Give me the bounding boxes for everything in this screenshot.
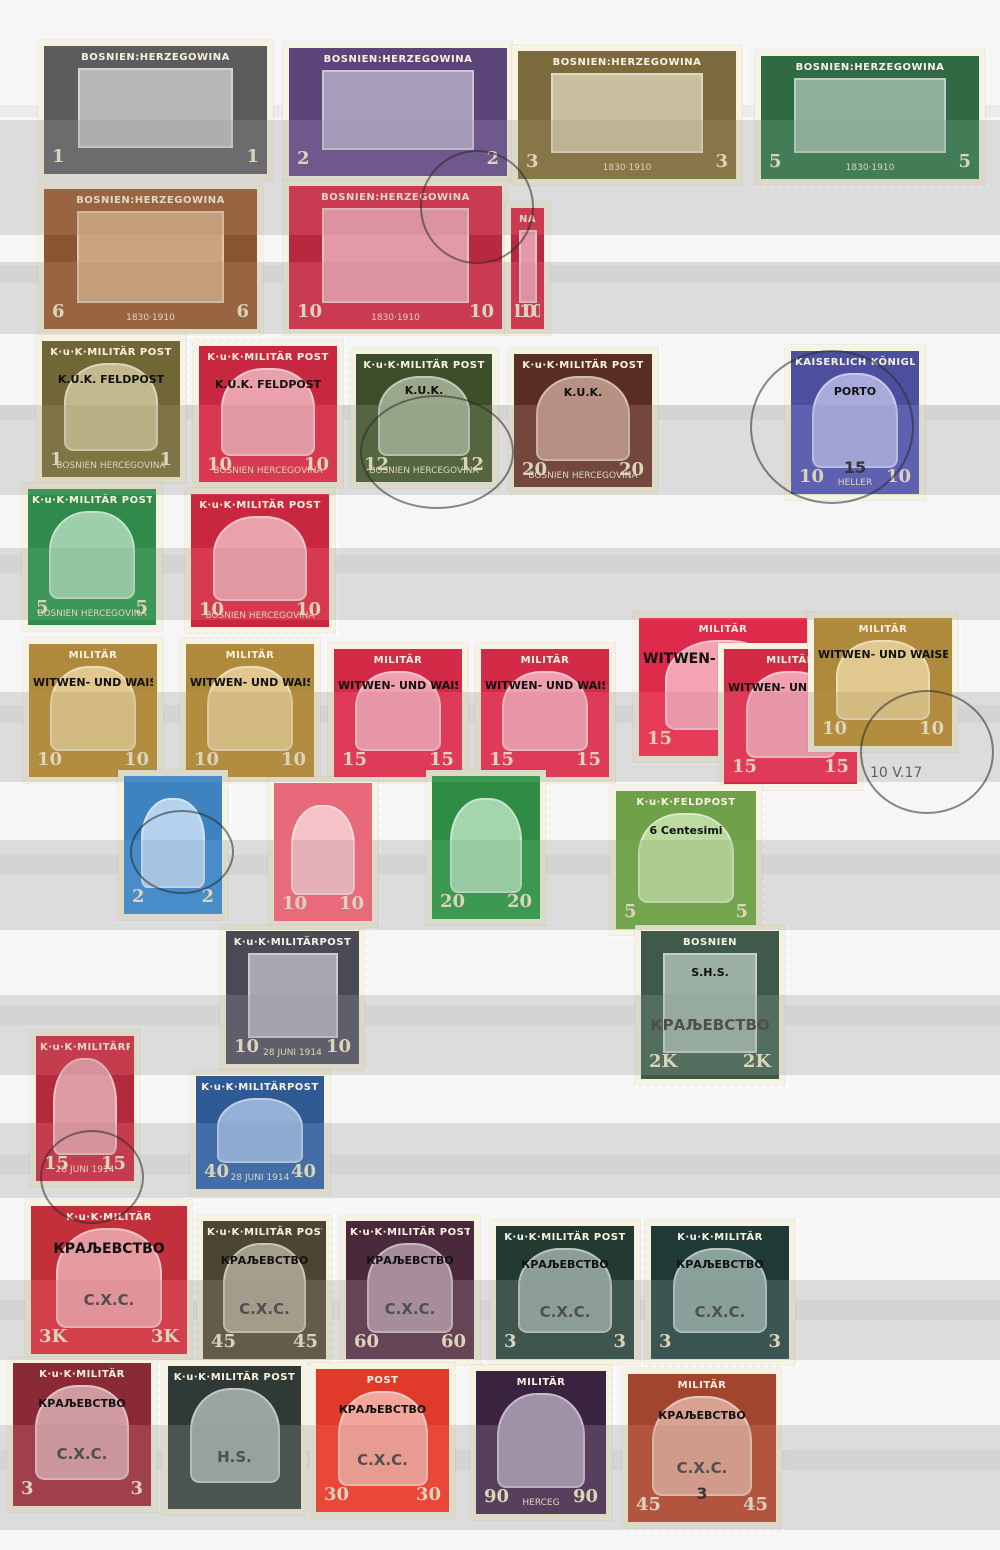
stamp-footer: 1830·1910 bbox=[522, 163, 732, 173]
stamp-overprint: K.U.K. bbox=[518, 386, 648, 399]
stamp-frame: K·u·K·MILITÄR POSTКРАЉЕВСТВОС.Х.С.33 bbox=[496, 1226, 634, 1359]
stamp-header: K·u·K·MILITÄR bbox=[17, 1367, 147, 1383]
stamp-overprint: КРАЉЕВСТВО bbox=[500, 1258, 630, 1271]
stamp-header: K·u·K·MILITÄR POST bbox=[207, 1225, 322, 1241]
stamp-vignette bbox=[248, 953, 338, 1038]
stamp-header: K·u·K·MILITÄR POST bbox=[32, 493, 152, 509]
stamp-header: MILITÄR bbox=[643, 622, 803, 638]
stamp-frame: POSTКРАЉЕВСТВОС.Х.С.3030 bbox=[316, 1369, 449, 1512]
stamp-overprint: K.U.K. bbox=[360, 384, 488, 397]
stamp-header bbox=[436, 780, 536, 796]
stamp-frame: BOSNIEN:HERZEGOWINA551830·1910 bbox=[761, 56, 979, 179]
stamp-value: 60 bbox=[354, 1332, 379, 1352]
stamp-header: MILITÄR bbox=[632, 1378, 772, 1394]
stamp-value: 10 bbox=[281, 750, 306, 770]
stamp-header: K·u·K·MILITÄR POST bbox=[46, 345, 176, 361]
stamp-frame: BOSNIEN:HERZEGOWINA661830·1910 bbox=[44, 189, 257, 329]
stamp-overprint: K.U.K. FELDPOST bbox=[203, 378, 333, 391]
album-strip bbox=[0, 1005, 1000, 1025]
stamp-overprint: WITWEN- UND WAISENWOCHE 1917 bbox=[818, 648, 948, 661]
stamp-header: K·u·K·MILITÄR POST bbox=[172, 1370, 297, 1386]
stamp-overprint: КРАЉЕВСТВО bbox=[17, 1397, 147, 1410]
stamp-header: MILITÄR bbox=[33, 648, 153, 664]
stamp-value: 15 bbox=[489, 750, 514, 770]
stamp-country: HERCEG bbox=[480, 1498, 602, 1508]
stamp-header: BOSNIEN:HERZEGOWINA bbox=[765, 60, 975, 76]
stamp-value: 45 bbox=[211, 1332, 236, 1352]
stamp: K·u·K·MILITÄR POSTКРАЉЕВСТВОС.Х.С.6060 bbox=[340, 1215, 480, 1365]
stamp-value: 3 bbox=[768, 1332, 781, 1352]
stamp-value: 5 bbox=[624, 902, 637, 922]
stamp-overprint: WITWEN- UND WAISENWOCHE 1917 bbox=[485, 679, 605, 692]
stamp-header: MILITÄR bbox=[338, 653, 458, 669]
stamp-header: BOSNIEN:HERZEGOWINA bbox=[522, 55, 732, 71]
stamp-frame: K·u·K·MILITÄRPOST101028 JUNI 1914 bbox=[226, 931, 359, 1064]
stamp: BOSNIENS.H.S.КРАЉЕВСТВО2K2K bbox=[635, 925, 785, 1085]
stamp-vignette bbox=[450, 798, 522, 893]
stamp-frame: BOSNIENS.H.S.КРАЉЕВСТВО2K2K bbox=[641, 931, 779, 1079]
stamp-overprint: WITWEN- UND WAISENWOCHE 1917 bbox=[190, 676, 310, 689]
stamp-value: 2 bbox=[486, 149, 499, 169]
stamp-header: MILITÄR bbox=[190, 648, 310, 664]
stamp-header: K·u·K·MILITÄR POST bbox=[350, 1225, 470, 1241]
stamp: BOSNIEN:HERZEGOWINA10101830·1910 bbox=[283, 180, 508, 335]
stamp: BOSNIEN:HERZEGOWINA22 bbox=[283, 42, 513, 182]
stamp-vignette bbox=[190, 1388, 280, 1483]
stamp-frame: K·u·K·MILITÄR POSTH.S. bbox=[168, 1366, 301, 1509]
stamp-value: 2K bbox=[743, 1052, 771, 1072]
stamp-frame: K·u·K·MILITÄR POSTK.U.K. FELDPOST11BOSNI… bbox=[42, 341, 180, 477]
stamp-overprint-secondary: С.Х.С. bbox=[17, 1445, 147, 1463]
stamp-value: 60 bbox=[441, 1332, 466, 1352]
stamp-value: 10 bbox=[822, 719, 847, 739]
stamp-value: 15 bbox=[824, 757, 849, 777]
stamp-overprint: КРАЉЕВСТВО bbox=[655, 1258, 785, 1271]
postmark-date: 10 V.17 bbox=[870, 765, 922, 781]
stamp-frame: K·u·K·MILITÄR POST1010BOSNIEN HERCEGOVIN… bbox=[191, 494, 329, 627]
stamp-overprint: WITWEN- UND WAISENWOCHE 1917 bbox=[33, 676, 153, 689]
stamp-header: K·u·K·MILITÄRPOST bbox=[40, 1040, 130, 1056]
stamp-vignette bbox=[322, 208, 470, 303]
stamp-country: BOSNIEN HERCEGOVINA bbox=[518, 471, 648, 481]
stamp-header: K·u·K·FELDPOST bbox=[620, 795, 752, 811]
stamp: MILITÄRWITWEN- UND WAISENWOCHE 19171010 bbox=[180, 638, 320, 783]
stamp-header: MILITÄR bbox=[485, 653, 605, 669]
stamp-frame: MILITÄRWITWEN- UND WAISENWOCHE 19171010 bbox=[814, 618, 952, 746]
stamp-overprint: КРАЉЕВСТВО bbox=[35, 1241, 183, 1257]
album-strip bbox=[0, 1155, 1000, 1175]
stamp-overprint-secondary: H.S. bbox=[172, 1448, 297, 1466]
stamp-frame: K·u·K·MILITÄRКРАЉЕВСТВОС.Х.С.3K3K bbox=[31, 1206, 187, 1354]
stamp-header: K·u·K·MILITÄR bbox=[655, 1230, 785, 1246]
stamp: K·u·K·MILITÄR POSTK.U.K. FELDPOST1010BOS… bbox=[193, 340, 343, 488]
stamp-header: BOSNIEN:HERZEGOWINA bbox=[293, 52, 503, 68]
stamp-header: NA bbox=[515, 212, 540, 228]
stamp-value: 2 bbox=[201, 887, 214, 907]
stamp-vignette bbox=[213, 516, 307, 601]
stamp-frame: K·u·K·MILITÄRPOST151528 JUNI 1914 bbox=[36, 1036, 134, 1181]
stamp-value: 15 bbox=[429, 750, 454, 770]
stamp-value: 10 bbox=[919, 719, 944, 739]
stamp-frame: 2020 bbox=[432, 776, 540, 919]
stamp: K·u·K·MILITÄRPOST101028 JUNI 1914 bbox=[220, 925, 365, 1070]
stamp-frame: NA1010 bbox=[511, 208, 544, 329]
stamp-denomination: HELLER bbox=[795, 478, 915, 488]
stamp-value: 2K bbox=[649, 1052, 677, 1072]
stamp-frame: K·u·K·MILITÄR POST55BOSNIEN HERCEGOVINA bbox=[28, 489, 156, 625]
stamp-header: K·u·K·MILITÄR POST bbox=[360, 358, 488, 374]
stamp-header: K·u·K·MILITÄR POST bbox=[518, 358, 648, 374]
stamp-vignette bbox=[49, 511, 135, 599]
stamp: 1010 bbox=[268, 777, 378, 927]
stamp-overprint-secondary: С.Х.С. bbox=[632, 1459, 772, 1477]
stamp-vignette bbox=[519, 230, 537, 303]
stamp-frame: BOSNIEN:HERZEGOWINA331830·1910 bbox=[518, 51, 736, 179]
stamp-value: 3 bbox=[130, 1479, 143, 1499]
stamp-header: MILITÄR bbox=[818, 622, 948, 638]
stamp: K·u·K·MILITÄR POSTКРАЉЕВСТВОС.Х.С.33 bbox=[490, 1220, 640, 1365]
stamp-frame: K·u·K·MILITÄRКРАЉЕВСТВОС.Х.С.33 bbox=[13, 1363, 151, 1506]
stamp-country: BOSNIEN HERCEGOVINA bbox=[46, 461, 176, 471]
stamp-country: BOSNIEN HERCEGOVINA bbox=[360, 466, 488, 476]
stamp: BOSNIEN:HERZEGOWINA11 bbox=[38, 40, 273, 180]
stamp: K·u·K·MILITÄRPOST151528 JUNI 1914 bbox=[30, 1030, 140, 1187]
stamp: K·u·K·MILITÄR POSTK.U.K. FELDPOST11BOSNI… bbox=[36, 335, 186, 483]
stamp-value: 3 bbox=[21, 1479, 34, 1499]
stamp-frame: MILITÄRКРАЉЕВСТВОС.Х.С.34545 bbox=[628, 1374, 776, 1522]
stamp-overprint-secondary: С.Х.С. bbox=[350, 1300, 470, 1318]
stamp-header: BOSNIEN:HERZEGOWINA bbox=[48, 193, 253, 209]
stamp: BOSNIEN:HERZEGOWINA661830·1910 bbox=[38, 183, 263, 335]
stamp-frame: 1010 bbox=[274, 783, 372, 921]
stamp-overprint: WITWEN- UND WAISENWOCHE 1917 bbox=[338, 679, 458, 692]
stamp: MILITÄRWITWEN- UND WAISENWOCHE 19171515 bbox=[475, 643, 615, 783]
stamp: K·u·K·MILITÄRPOST404028 JUNI 1914 bbox=[190, 1070, 330, 1195]
stamp: NA1010 bbox=[505, 202, 550, 335]
stamp: MILITÄRWITWEN- UND WAISENWOCHE 19171010 bbox=[23, 638, 163, 783]
stamp-vignette bbox=[322, 70, 473, 150]
stamp-value: 30 bbox=[416, 1485, 441, 1505]
stamp-vignette bbox=[78, 68, 233, 148]
stamp-value: 20 bbox=[440, 892, 465, 912]
stamp-header bbox=[128, 780, 218, 796]
stamp: 2020 bbox=[426, 770, 546, 925]
stamp-frame: MILITÄRWITWEN- UND WAISENWOCHE 19171515 bbox=[481, 649, 609, 777]
stamp-footer: 28 JUNI 1914 bbox=[200, 1173, 320, 1183]
stamp-value: 10 bbox=[194, 750, 219, 770]
stamp: MILITÄRКРАЉЕВСТВОС.Х.С.34545 bbox=[622, 1368, 782, 1528]
stamp-frame: K·u·K·MILITÄR POSTK.U.K.1212BOSNIEN HERC… bbox=[356, 354, 492, 482]
stamp-value: 10 bbox=[124, 750, 149, 770]
stamp-value: 3 bbox=[613, 1332, 626, 1352]
stamp-frame: BOSNIEN:HERZEGOWINA11 bbox=[44, 46, 267, 174]
stamp: MILITÄR9090HERCEG bbox=[470, 1365, 612, 1520]
stamp-header: K·u·K·MILITÄR POST bbox=[500, 1230, 630, 1246]
stamp: K·u·K·MILITÄR POSTK.U.K.1212BOSNIEN HERC… bbox=[350, 348, 498, 488]
stamp-frame: KAISERLICH KÖNIGLICH ÖSTERREICHISCHE POS… bbox=[791, 351, 919, 494]
stamp: K·u·K·MILITÄR POSTH.S. bbox=[162, 1360, 307, 1515]
stamp-header: BOSNIEN:HERZEGOWINA bbox=[48, 50, 263, 66]
stamp-frame: BOSNIEN:HERZEGOWINA10101830·1910 bbox=[289, 186, 502, 329]
stamp-frame: MILITÄR9090HERCEG bbox=[476, 1371, 606, 1514]
stamp-frame: BOSNIEN:HERZEGOWINA22 bbox=[289, 48, 507, 176]
stamp-value: 15 bbox=[647, 729, 672, 749]
stamp-value: 15 bbox=[732, 757, 757, 777]
stamp-overprint: PORTO bbox=[795, 385, 915, 398]
stamp-value: 10 bbox=[282, 894, 307, 914]
stamp-header: K·u·K·MILITÄR POST bbox=[203, 350, 333, 366]
stamp: BOSNIEN:HERZEGOWINA551830·1910 bbox=[755, 50, 985, 185]
stamp: K·u·K·MILITÄRКРАЉЕВСТВОС.Х.С.3K3K bbox=[25, 1200, 193, 1360]
stamp-overprint-secondary: С.Х.С. bbox=[655, 1303, 785, 1321]
stamp-value: 3K bbox=[151, 1327, 179, 1347]
stamp-header: K·u·K·MILITÄRPOST bbox=[230, 935, 355, 951]
stamp-header: K·u·K·MILITÄR bbox=[35, 1210, 183, 1226]
stamp-vignette bbox=[794, 78, 945, 153]
stamp-vignette bbox=[291, 805, 356, 895]
stamp-value: 10 bbox=[339, 894, 364, 914]
stamp-value: 2 bbox=[132, 887, 145, 907]
stamp: K·u·K·MILITÄR POSTКРАЉЕВСТВОС.Х.С.4545 bbox=[197, 1215, 332, 1365]
stamp-value: 1 bbox=[52, 147, 65, 167]
stamp-overprint: K.U.K. FELDPOST bbox=[46, 373, 176, 386]
stamp-frame: K·u·K·FELDPOST6 Centesimi55 bbox=[616, 791, 756, 929]
stamp-vignette bbox=[551, 73, 702, 153]
stamp: K·u·K·FELDPOST6 Centesimi55 bbox=[610, 785, 762, 935]
stamp-vignette bbox=[497, 1393, 585, 1488]
stamp-value: 5 bbox=[735, 902, 748, 922]
stamp: K·u·K·MILITÄR POST55BOSNIEN HERCEGOVINA bbox=[22, 483, 162, 631]
stamp: K·u·K·MILITÄR POSTK.U.K.2020BOSNIEN HERC… bbox=[508, 348, 658, 493]
stamp-header: POST bbox=[320, 1373, 445, 1389]
stamp-value: 1 bbox=[246, 147, 259, 167]
stamp: K·u·K·MILITÄRКРАЉЕВСТВОС.Х.С.33 bbox=[7, 1357, 157, 1512]
stamp-header: K·u·K·MILITÄR POST bbox=[195, 498, 325, 514]
stamp-value: 15 bbox=[576, 750, 601, 770]
stamp-header: BOSNIEN bbox=[645, 935, 775, 951]
stamp-country: BOSNIEN HERCEGOVINA bbox=[32, 609, 152, 619]
stamp-frame: MILITÄRWITWEN- UND WAISENWOCHE 19171010 bbox=[29, 644, 157, 777]
stamp-value: 3 bbox=[504, 1332, 517, 1352]
stamp: BOSNIEN:HERZEGOWINA331830·1910 bbox=[512, 45, 742, 185]
stamp-header: KAISERLICH KÖNIGLICH ÖSTERREICHISCHE POS… bbox=[795, 355, 915, 371]
stamp-footer: 1830·1910 bbox=[765, 163, 975, 173]
stamp-overprint-secondary: С.Х.С. bbox=[207, 1300, 322, 1318]
stamp-footer: 28 JUNI 1914 bbox=[230, 1048, 355, 1058]
stamp-value: 45 bbox=[743, 1495, 768, 1515]
stamp-value: 30 bbox=[324, 1485, 349, 1505]
stamp: POSTКРАЉЕВСТВОС.Х.С.3030 bbox=[310, 1363, 455, 1518]
stamp-footer: 28 JUNI 1914 bbox=[40, 1165, 130, 1175]
stamp-value: 3K bbox=[39, 1327, 67, 1347]
stamp: MILITÄRWITWEN- UND WAISENWOCHE 19171515 bbox=[328, 643, 468, 783]
stamp-header: MILITÄR bbox=[480, 1375, 602, 1391]
stamp-frame: K·u·K·MILITÄR POSTКРАЉЕВСТВОС.Х.С.6060 bbox=[346, 1221, 474, 1359]
stamp-frame: K·u·K·MILITÄR POSTK.U.K.2020BOSNIEN HERC… bbox=[514, 354, 652, 487]
stamp: K·u·K·MILITÄRКРАЉЕВСТВОС.Х.С.33 bbox=[645, 1220, 795, 1365]
stamp-overprint-secondary: С.Х.С. bbox=[35, 1291, 183, 1309]
stamp-frame: 22 bbox=[124, 776, 222, 914]
stamp-frame: MILITÄRWITWEN- UND WAISENWOCHE 19171010 bbox=[186, 644, 314, 777]
stamp-footer: 1830·1910 bbox=[48, 313, 253, 323]
stamp-overprint: 6 Centesimi bbox=[620, 824, 752, 837]
stamp-vignette bbox=[217, 1098, 303, 1163]
stamp: 22 bbox=[118, 770, 228, 920]
stamp-overprint-secondary: С.Х.С. bbox=[500, 1303, 630, 1321]
stamp-value: 45 bbox=[293, 1332, 318, 1352]
stamp-header: K·u·K·MILITÄRPOST bbox=[200, 1080, 320, 1096]
stamp-vignette bbox=[77, 211, 225, 303]
stamp-value: 2 bbox=[297, 149, 310, 169]
stamp-overprint: КРАЉЕВСТВО bbox=[350, 1254, 470, 1267]
stamp-vignette bbox=[141, 798, 206, 888]
stamp-frame: K·u·K·MILITÄR POSTКРАЉЕВСТВОС.Х.С.4545 bbox=[203, 1221, 326, 1359]
stamp: K·u·K·MILITÄR POST1010BOSNIEN HERCEGOVIN… bbox=[185, 488, 335, 633]
stamp-overprint-secondary: КРАЉЕВСТВО bbox=[645, 1016, 775, 1034]
stamp-overprint: S.H.S. bbox=[645, 966, 775, 979]
stamp-value: 3 bbox=[659, 1332, 672, 1352]
stamp-vignette bbox=[53, 1058, 118, 1155]
stamp-header: BOSNIEN:HERZEGOWINA bbox=[293, 190, 498, 206]
stamp-country: BOSNIEN HERCEGOVINA bbox=[203, 466, 333, 476]
stamp-value: 20 bbox=[507, 892, 532, 912]
stamp-footer: 1830·1910 bbox=[293, 313, 498, 323]
stamp-header bbox=[278, 787, 368, 803]
stamp-frame: K·u·K·MILITÄR POSTK.U.K. FELDPOST1010BOS… bbox=[199, 346, 337, 482]
stamp-frame: MILITÄRWITWEN- UND WAISENWOCHE 19171515 bbox=[334, 649, 462, 777]
stamp-country: BOSNIEN HERCEGOVINA bbox=[195, 611, 325, 621]
stamp-overprint: КРАЉЕВСТВО bbox=[207, 1254, 322, 1267]
stamp-overprint-secondary: С.Х.С. bbox=[320, 1451, 445, 1469]
stamp-overprint: КРАЉЕВСТВО bbox=[320, 1403, 445, 1416]
stamp: MILITÄRWITWEN- UND WAISENWOCHE 19171010 bbox=[808, 612, 958, 752]
stamp-frame: K·u·K·MILITÄRPOST404028 JUNI 1914 bbox=[196, 1076, 324, 1189]
stamp-frame: K·u·K·MILITÄRКРАЉЕВСТВОС.Х.С.33 bbox=[651, 1226, 789, 1359]
stamp: KAISERLICH KÖNIGLICH ÖSTERREICHISCHE POS… bbox=[785, 345, 925, 500]
stamp-value: 10 bbox=[37, 750, 62, 770]
stamp-overprint: КРАЉЕВСТВО bbox=[632, 1409, 772, 1422]
stamp-value: 45 bbox=[636, 1495, 661, 1515]
stamp-value: 10 bbox=[511, 302, 536, 322]
stamp-value: 15 bbox=[342, 750, 367, 770]
